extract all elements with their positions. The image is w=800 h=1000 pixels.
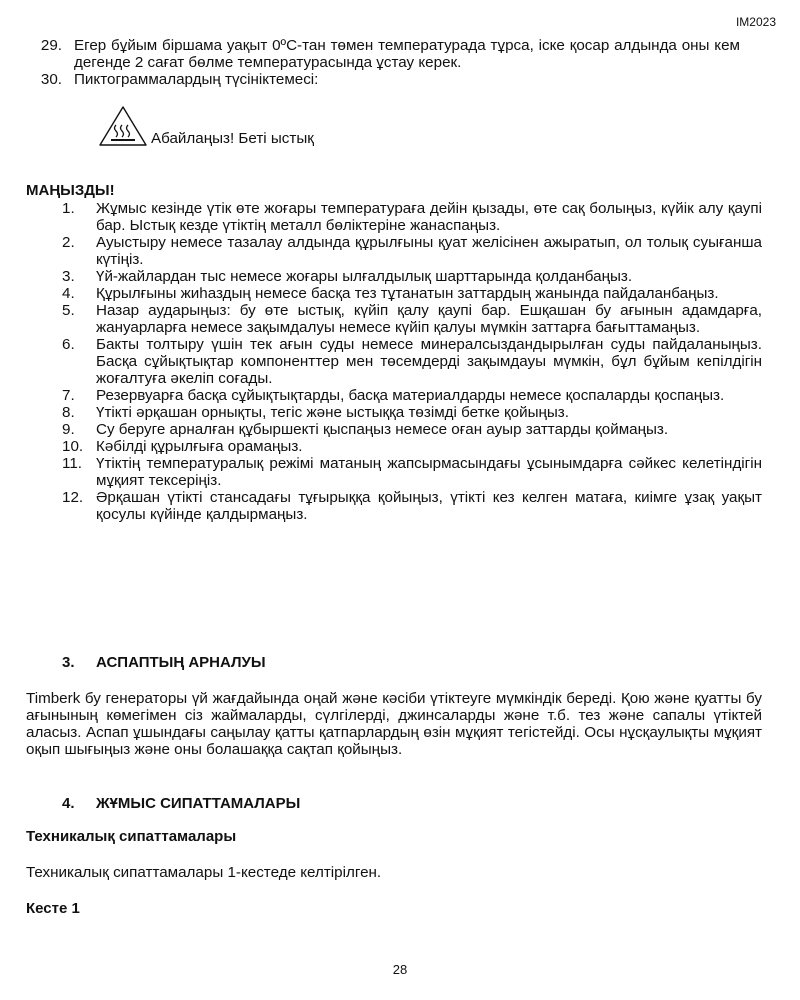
item-number: 10. — [0, 438, 96, 455]
item-text: Резервуарға басқа сұйықтықтарды, басқа м… — [96, 387, 762, 404]
section-title: АСПАПТЫҢ АРНАЛУЫ — [96, 654, 266, 671]
item-number: 12. — [0, 489, 96, 523]
item-number: 9. — [0, 421, 96, 438]
hot-surface-warning-icon — [97, 105, 149, 147]
item-number: 3. — [0, 268, 96, 285]
item-number: 30. — [0, 71, 74, 88]
item-number: 2. — [0, 234, 96, 268]
section-heading-specs: 4. ЖҰМЫС СИПАТТАМАЛАРЫ — [62, 795, 300, 812]
important-list: 1. Жұмыс кезінде үтік өте жоғары темпера… — [0, 200, 800, 523]
page-number: 28 — [0, 961, 800, 978]
section-title: ЖҰМЫС СИПАТТАМАЛАРЫ — [96, 795, 300, 812]
list-item: 4. Құрылғыны жиһаздың немесе басқа тез т… — [0, 285, 800, 302]
item-text: Үтікті әрқашан орнықты, тегіс және ыстық… — [96, 404, 762, 421]
section-number: 4. — [62, 795, 96, 812]
item-number: 29. — [0, 37, 74, 71]
list-item: 30. Пиктограммалардың түсініктемесі: — [0, 71, 800, 88]
item-text: Пиктограммалардың түсініктемесі: — [74, 71, 740, 88]
item-number: 5. — [0, 302, 96, 336]
list-item: 7. Резервуарға басқа сұйықтықтарды, басқ… — [0, 387, 800, 404]
list-item: 5. Назар аударыңыз: бу өте ыстық, күйіп … — [0, 302, 800, 336]
list-item: 10. Кәбілді құрылғыға орамаңыз. — [0, 438, 800, 455]
item-number: 6. — [0, 336, 96, 387]
item-text: Назар аударыңыз: бу өте ыстық, күйіп қал… — [96, 302, 762, 336]
section-heading-purpose: 3. АСПАПТЫҢ АРНАЛУЫ — [62, 654, 266, 671]
item-text: Үй-жайлардан тыс немесе жоғары ылғалдылы… — [96, 268, 762, 285]
item-text: Әрқашан үтікті стансадағы тұғырыққа қойы… — [96, 489, 762, 523]
list-item: 2. Ауыстыру немесе тазалау алдында құрыл… — [0, 234, 800, 268]
list-item: 1. Жұмыс кезінде үтік өте жоғары темпера… — [0, 200, 800, 234]
purpose-paragraph: Timberk бу генераторы үй жағдайында оңай… — [26, 690, 762, 758]
list-item: 29. Егер бұйым біршама уақыт 0ºС-тан төм… — [0, 37, 800, 71]
item-text: Егер бұйым біршама уақыт 0ºС-тан төмен т… — [74, 37, 740, 71]
item-text: Құрылғыны жиһаздың немесе басқа тез тұта… — [96, 285, 762, 302]
item-text: Бакты толтыру үшін тек ағын суды немесе … — [96, 336, 762, 387]
item-text: Кәбілді құрылғыға орамаңыз. — [96, 438, 762, 455]
pictogram-caption: Абайлаңыз! Беті ыстық — [151, 130, 314, 147]
item-number: 11. — [0, 455, 96, 489]
item-text: Су беруге арналған құбыршекті қыспаңыз н… — [96, 421, 762, 438]
tech-specs-paragraph: Техникалық сипаттамалары 1-кестеде келті… — [26, 864, 762, 881]
item-number: 4. — [0, 285, 96, 302]
document-id: IM2023 — [736, 14, 776, 31]
tech-specs-subheading: Техникалық сипаттамалары — [26, 828, 236, 845]
numbered-list-top: 29. Егер бұйым біршама уақыт 0ºС-тан төм… — [0, 37, 800, 88]
item-number: 1. — [0, 200, 96, 234]
important-heading: МАҢЫЗДЫ! — [26, 182, 115, 199]
list-item: 3. Үй-жайлардан тыс немесе жоғары ылғалд… — [0, 268, 800, 285]
item-text: Жұмыс кезінде үтік өте жоғары температур… — [96, 200, 762, 234]
item-text: Үтіктің температуралық режімі матаның жа… — [96, 455, 762, 489]
list-item: 8. Үтікті әрқашан орнықты, тегіс және ыс… — [0, 404, 800, 421]
item-number: 8. — [0, 404, 96, 421]
list-item: 9. Су беруге арналған құбыршекті қыспаңы… — [0, 421, 800, 438]
list-item: 6. Бакты толтыру үшін тек ағын суды неме… — [0, 336, 800, 387]
pictogram-legend: Абайлаңыз! Беті ыстық — [97, 105, 314, 147]
table-label: Кесте 1 — [26, 900, 80, 917]
item-number: 7. — [0, 387, 96, 404]
list-item: 11. Үтіктің температуралық режімі матаны… — [0, 455, 800, 489]
item-text: Ауыстыру немесе тазалау алдында құрылғын… — [96, 234, 762, 268]
list-item: 12. Әрқашан үтікті стансадағы тұғырыққа … — [0, 489, 800, 523]
section-number: 3. — [62, 654, 96, 671]
